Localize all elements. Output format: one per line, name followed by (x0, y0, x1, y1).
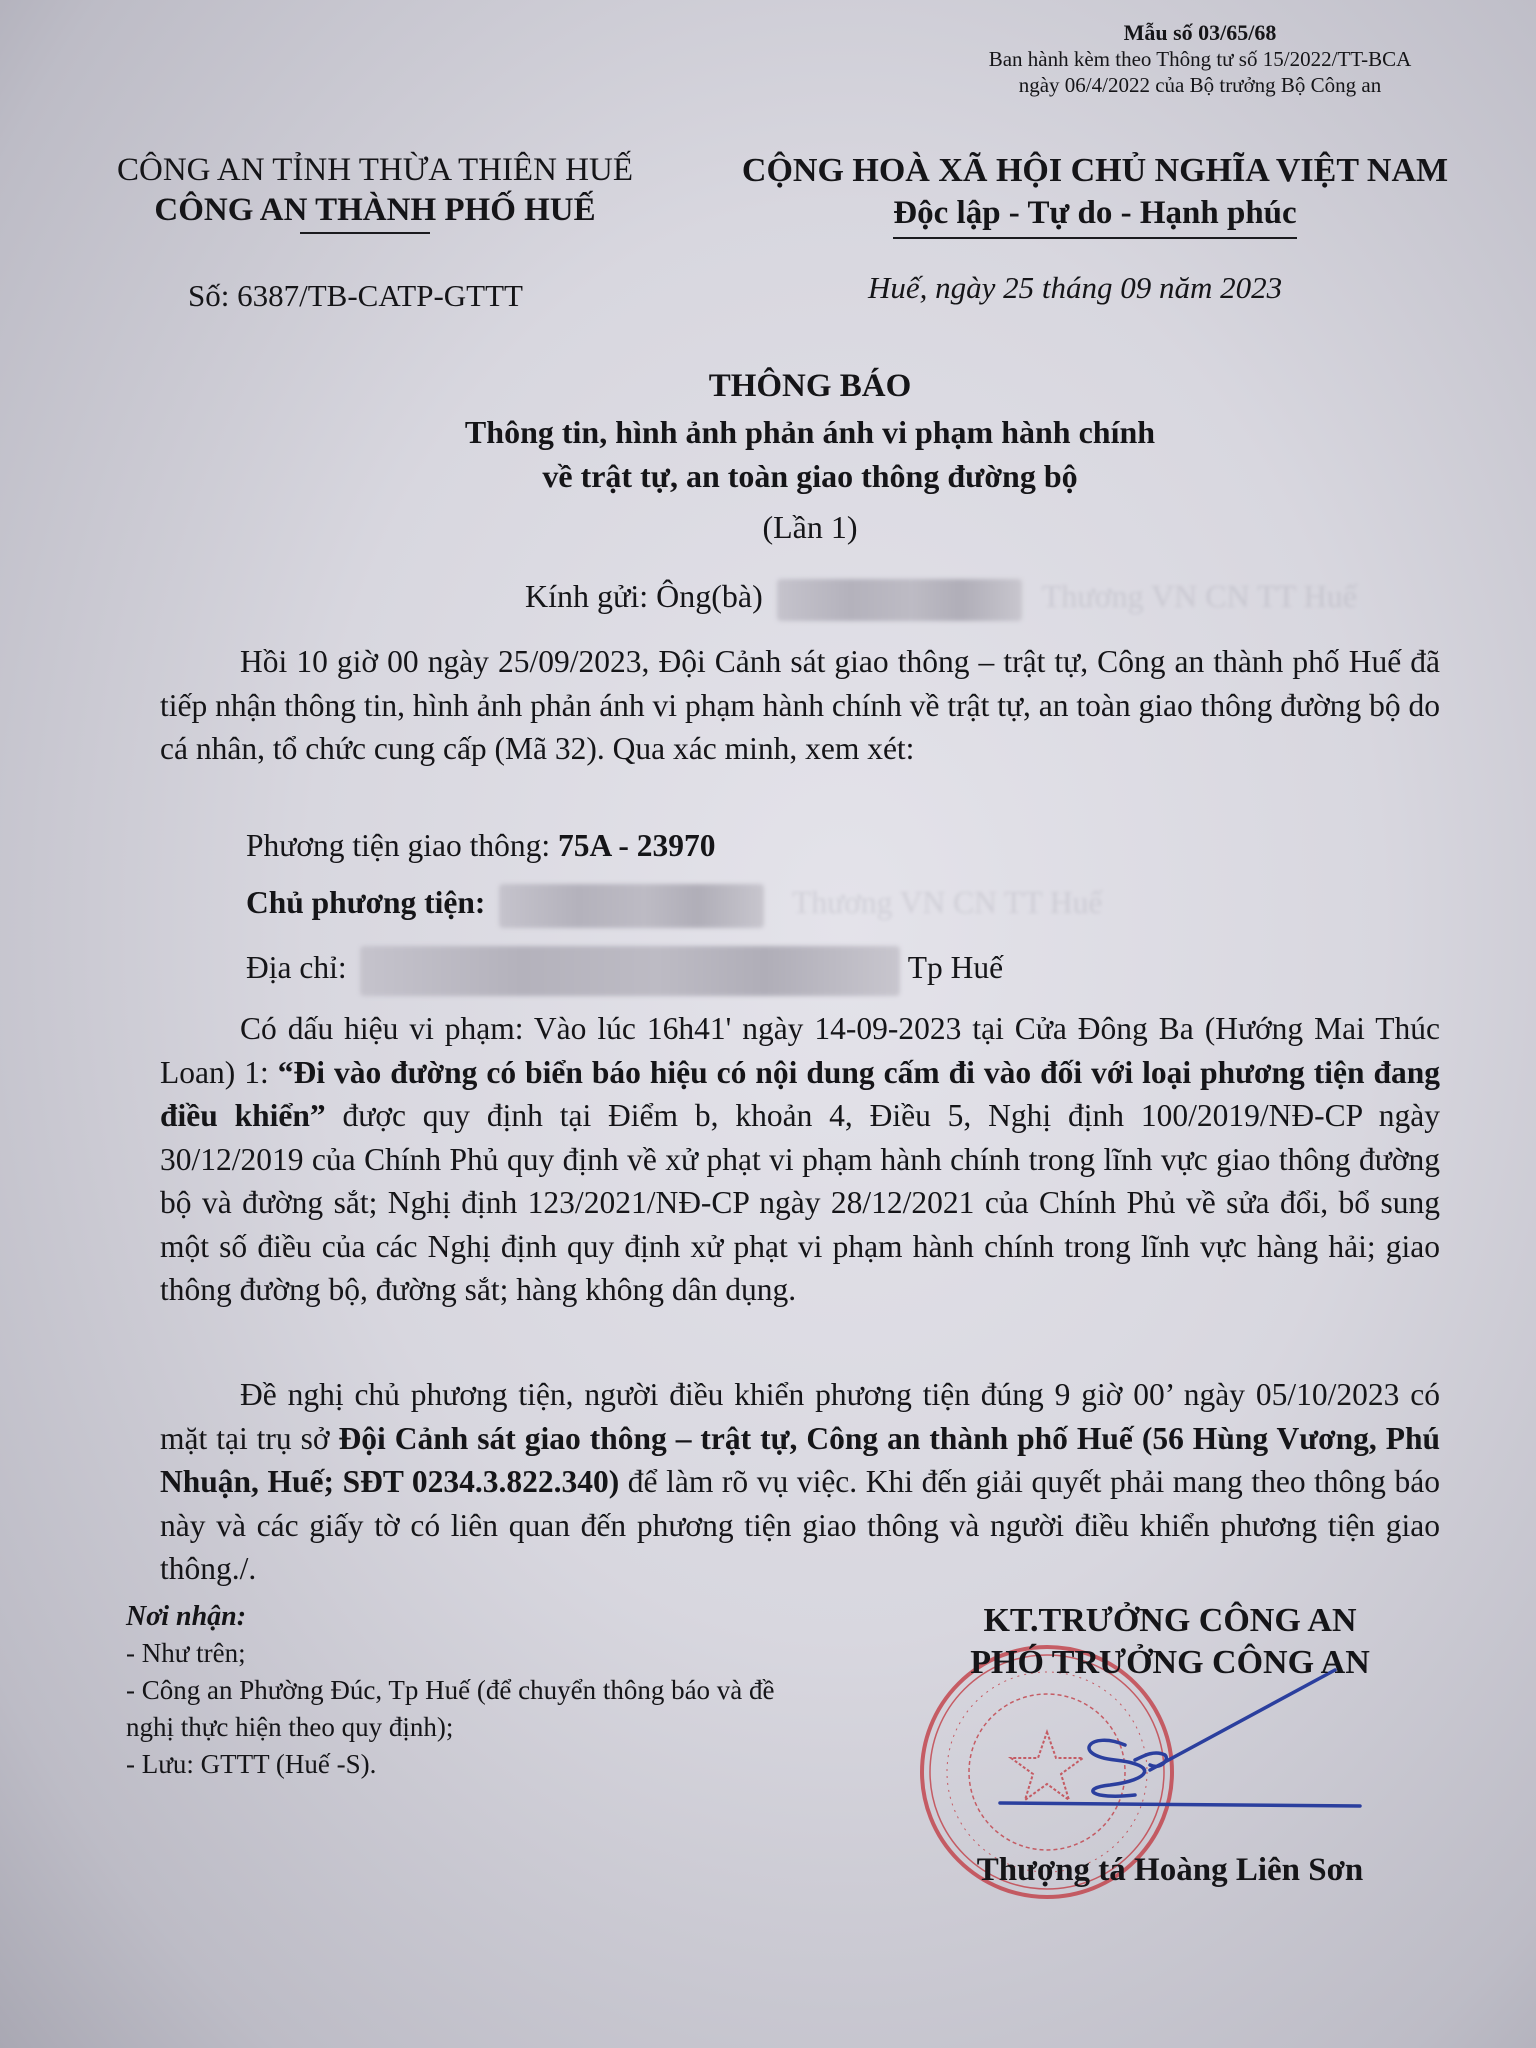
violation-legal-basis: được quy định tại Điểm b, khoản 4, Điều … (160, 1098, 1440, 1307)
signature-block: KT.TRƯỞNG CÔNG AN PHÓ TRƯỞNG CÔNG AN (920, 1600, 1420, 1684)
owner-label: Chủ phương tiện: (246, 885, 485, 920)
recipient-line: Kính gửi: Ông(bà) Thương VN CN TT Huế (525, 578, 1357, 621)
agency-name: CÔNG AN THÀNH PHỐ HUẾ (80, 190, 670, 230)
field-vehicle: Phương tiện giao thông: 75A - 23970 (246, 828, 715, 864)
paragraph-violation: Có dấu hiệu vi phạm: Vào lúc 16h41' ngày… (160, 1007, 1440, 1312)
vehicle-plate: 75A - 23970 (558, 828, 716, 863)
recipient-item: - Như trên; (126, 1635, 826, 1672)
paragraph-intake: Hồi 10 giờ 00 ngày 25/09/2023, Đội Cảnh … (160, 640, 1440, 771)
paragraph-request: Đề nghị chủ phương tiện, người điều khiể… (160, 1373, 1440, 1591)
national-header: CỘNG HOÀ XÃ HỘI CHỦ NGHĨA VIỆT NAM Độc l… (705, 150, 1485, 239)
recipients-list: Nơi nhận: - Như trên; - Công an Phường Đ… (126, 1598, 826, 1783)
signer-name: Thượng tá Hoàng Liên Sơn (920, 1852, 1420, 1889)
field-owner: Chủ phương tiện: Thương VN CN TT Huế (246, 884, 1102, 928)
bleed-through-text: Thương VN CN TT Huế (792, 885, 1102, 920)
document-title: THÔNG BÁO Thông tin, hình ảnh phản ánh v… (280, 362, 1340, 554)
form-number: Mẫu số 03/65/68 (880, 20, 1520, 46)
agency-underline (300, 232, 430, 234)
field-address: Địa chỉ: Tp Huế (246, 946, 1003, 996)
address-city: Tp Huế (908, 950, 1003, 985)
owner-name-redacted (499, 884, 764, 928)
recipient-label: Kính gửi: Ông(bà) (525, 578, 763, 614)
form-issued-date: ngày 06/4/2022 của Bộ trưởng Bộ Công an (880, 72, 1520, 98)
recipient-item: - Công an Phường Đúc, Tp Huế (để chuyển … (126, 1672, 826, 1746)
title-line-2: về trật tự, an toàn giao thông đường bộ (280, 454, 1340, 498)
signature-title-1: KT.TRƯỞNG CÔNG AN (920, 1600, 1420, 1642)
form-issued-with: Ban hành kèm theo Thông tư số 15/2022/TT… (880, 46, 1520, 72)
nation-motto: Độc lập - Tự do - Hạnh phúc (893, 192, 1296, 239)
title-main: THÔNG BÁO (280, 362, 1340, 410)
recipient-item: - Lưu: GTTT (Huế -S). (126, 1746, 826, 1783)
signature-title-2: PHÓ TRƯỞNG CÔNG AN (920, 1642, 1420, 1684)
recipient-name-redacted (777, 579, 1022, 621)
form-info: Mẫu số 03/65/68 Ban hành kèm theo Thông … (880, 20, 1520, 98)
nation-name: CỘNG HOÀ XÃ HỘI CHỦ NGHĨA VIỆT NAM (705, 150, 1485, 192)
vehicle-label: Phương tiện giao thông: (246, 828, 558, 863)
recipients-heading: Nơi nhận: (126, 1598, 826, 1635)
agency-parent: CÔNG AN TỈNH THỪA THIÊN HUẾ (80, 150, 670, 190)
address-redacted (360, 946, 900, 996)
bleed-through-text: Thương VN CN TT Huế (1042, 578, 1357, 614)
address-label: Địa chỉ: (246, 950, 347, 985)
title-attempt: (Lần 1) (280, 500, 1340, 554)
document-place-date: Huế, ngày 25 tháng 09 năm 2023 (868, 270, 1282, 306)
agency-header: CÔNG AN TỈNH THỪA THIÊN HUẾ CÔNG AN THÀN… (80, 150, 670, 234)
document-number: Số: 6387/TB-CATP-GTTT (188, 278, 523, 314)
title-line-1: Thông tin, hình ảnh phản ánh vi phạm hàn… (280, 410, 1340, 454)
signature-icon (940, 1660, 1400, 1850)
